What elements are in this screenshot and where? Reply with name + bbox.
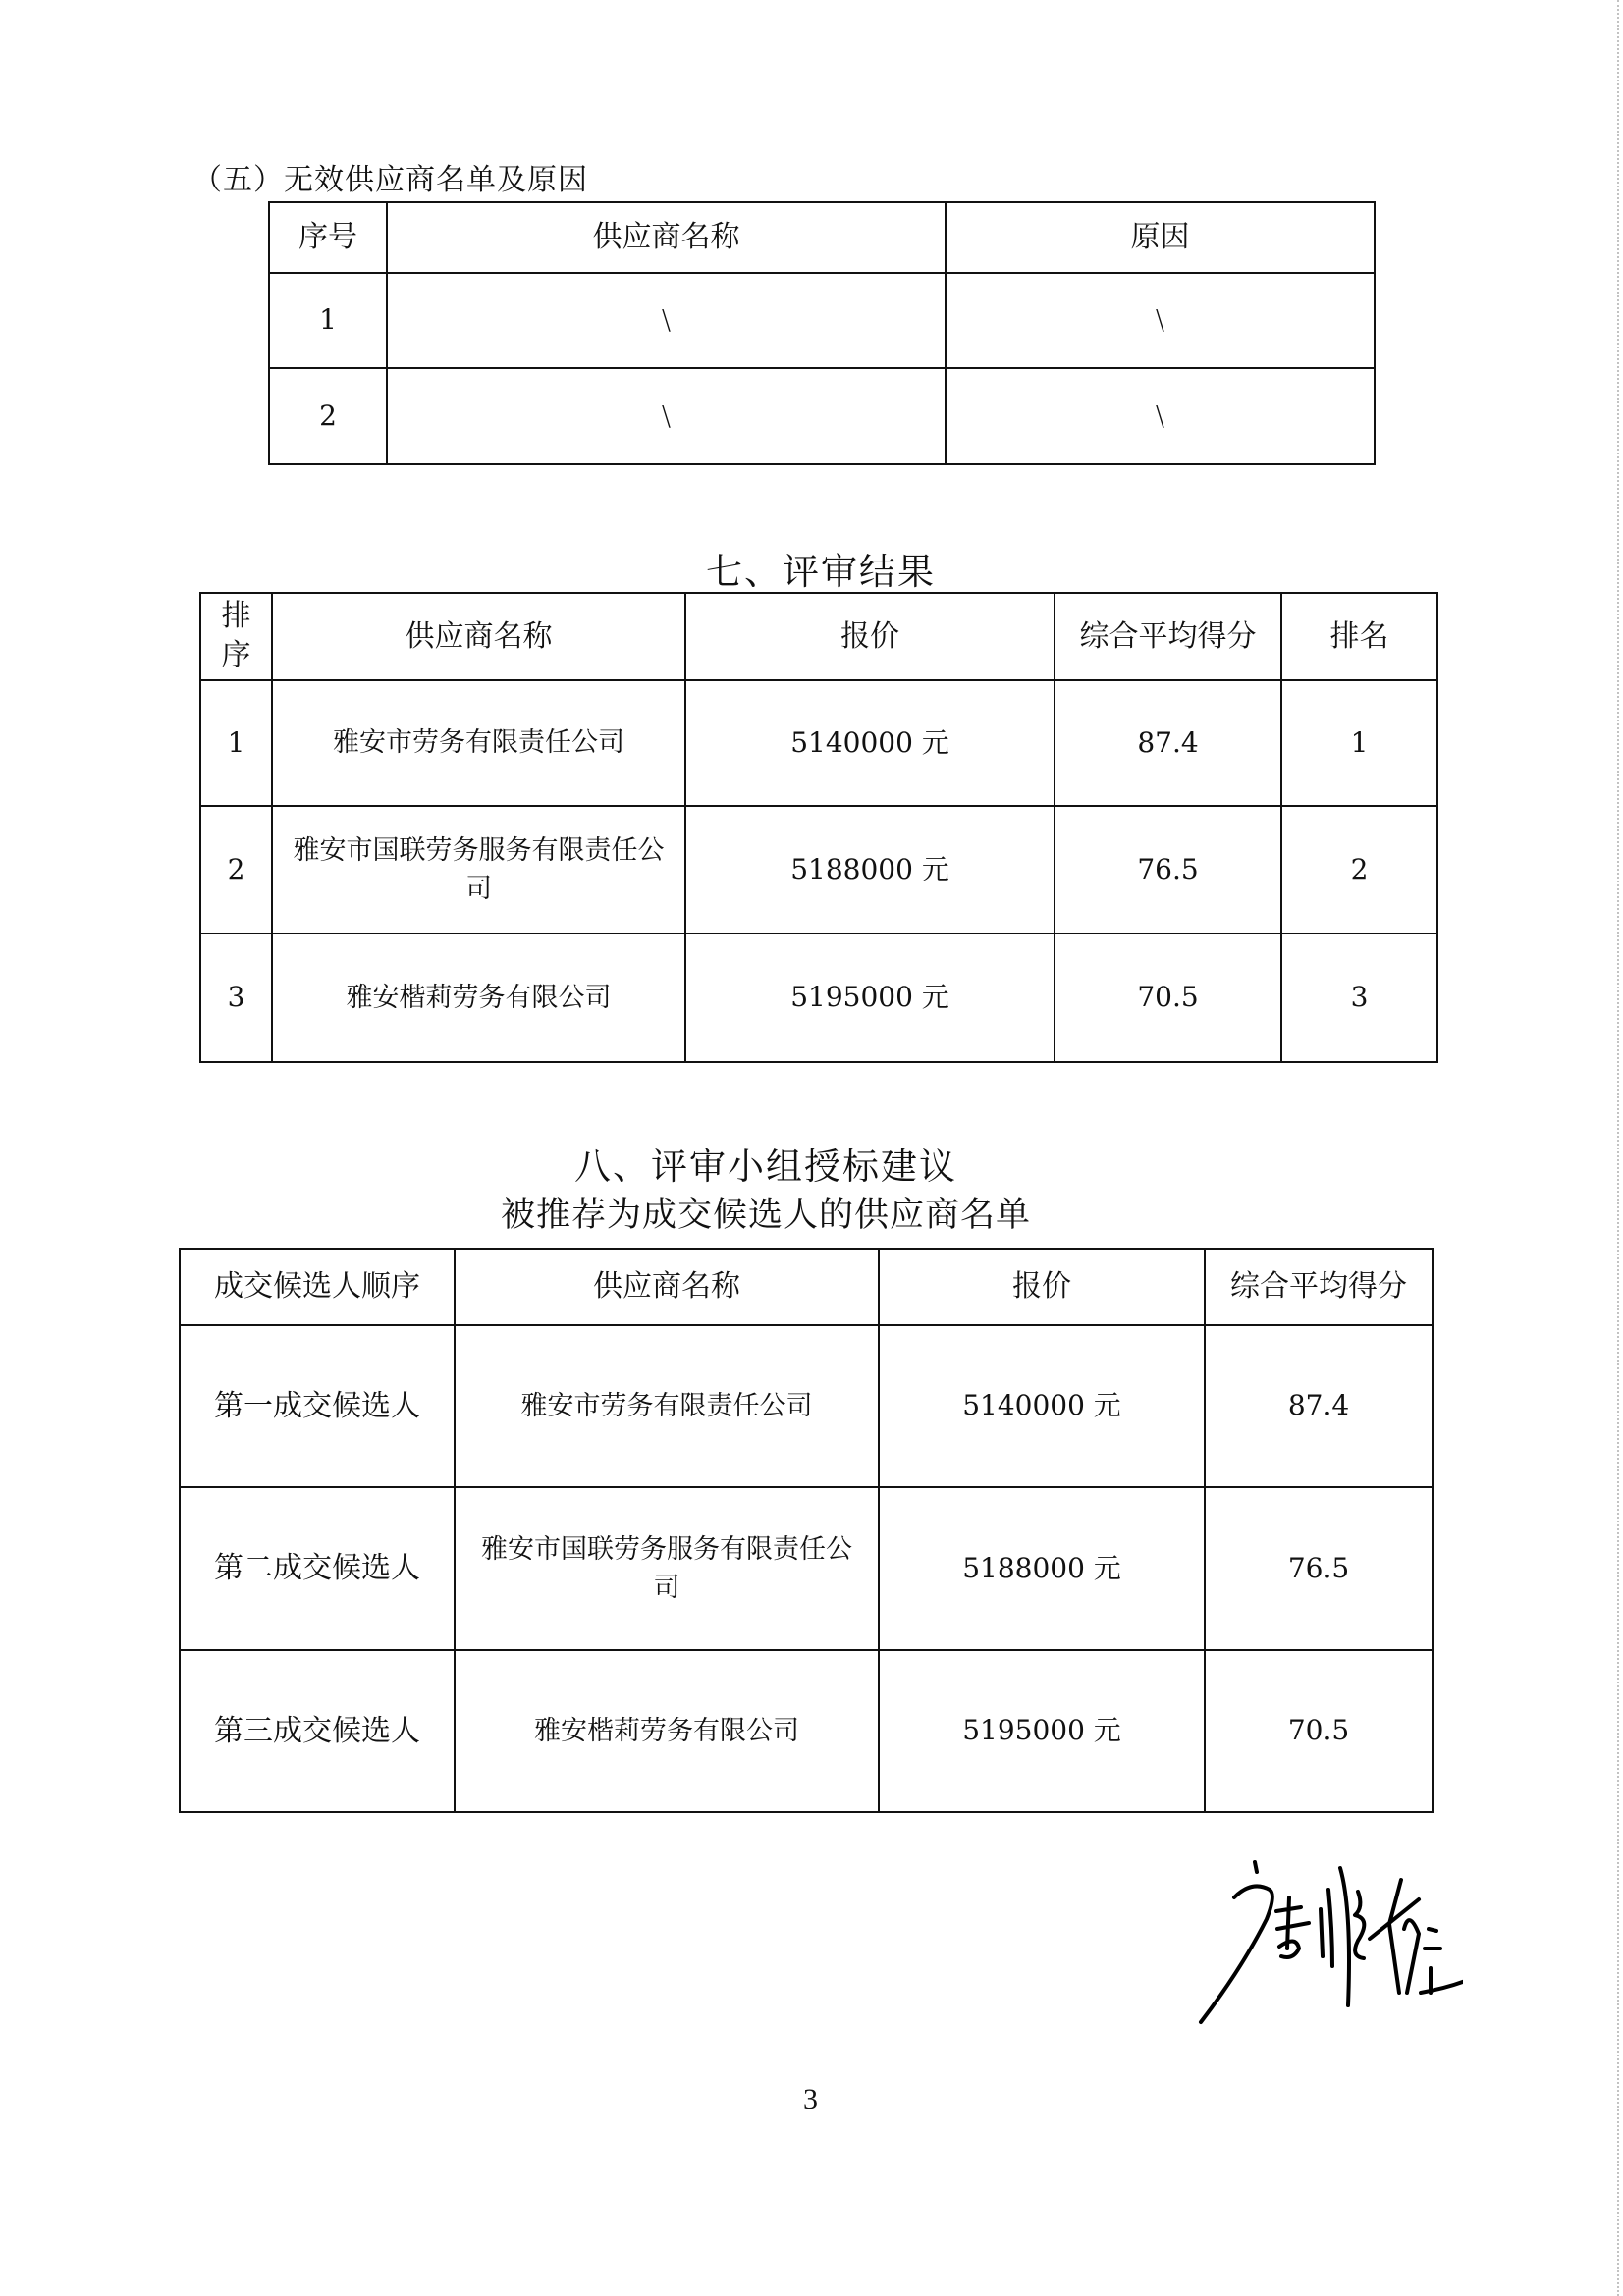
cell-order: 1 xyxy=(200,680,272,806)
cell-position: 第三成交候选人 xyxy=(180,1650,455,1812)
cell-supplier: 雅安楷莉劳务有限公司 xyxy=(272,934,685,1062)
cell-no: 2 xyxy=(269,368,387,464)
cell-price: 5195000 元 xyxy=(879,1650,1205,1812)
table-row: 第一成交候选人 雅安市劳务有限责任公司 5140000 元 87.4 xyxy=(180,1325,1433,1487)
cell-price: 5188000 元 xyxy=(685,806,1055,934)
table-row: 第三成交候选人 雅安楷莉劳务有限公司 5195000 元 70.5 xyxy=(180,1650,1433,1812)
cell-price: 5188000 元 xyxy=(879,1487,1205,1650)
cell-rank: 3 xyxy=(1281,934,1437,1062)
invalid-suppliers-table: 序号 供应商名称 原因 1 \ \ 2 \ \ xyxy=(268,201,1376,465)
col-header-score: 综合平均得分 xyxy=(1055,593,1281,680)
cell-score: 76.5 xyxy=(1205,1487,1433,1650)
cell-supplier: 雅安市劳务有限责任公司 xyxy=(272,680,685,806)
signature-icon xyxy=(1183,1850,1463,2027)
section5-heading: （五）无效供应商名单及原因 xyxy=(192,155,588,198)
cell-position: 第二成交候选人 xyxy=(180,1487,455,1650)
col-header-no: 序号 xyxy=(269,202,387,273)
col-header-position: 成交候选人顺序 xyxy=(180,1249,455,1325)
cell-reason: \ xyxy=(946,368,1375,464)
cell-price: 5140000 元 xyxy=(685,680,1055,806)
table-header-row: 排序 供应商名称 报价 综合平均得分 排名 xyxy=(200,593,1437,680)
table-header-row: 序号 供应商名称 原因 xyxy=(269,202,1375,273)
col-header-supplier: 供应商名称 xyxy=(387,202,946,273)
col-header-price: 报价 xyxy=(685,593,1055,680)
cell-order: 3 xyxy=(200,934,272,1062)
section7-title: 七、评审结果 xyxy=(615,542,1027,595)
signature xyxy=(1183,1850,1463,2027)
cell-supplier: \ xyxy=(387,273,946,368)
table-row: 2 雅安市国联劳务服务有限责任公司 5188000 元 76.5 2 xyxy=(200,806,1437,934)
table-row: 3 雅安楷莉劳务有限公司 5195000 元 70.5 3 xyxy=(200,934,1437,1062)
table-row: 第二成交候选人 雅安市国联劳务服务有限责任公司 5188000 元 76.5 xyxy=(180,1487,1433,1650)
cell-supplier: 雅安市国联劳务服务有限责任公司 xyxy=(455,1487,879,1650)
table-row: 1 \ \ xyxy=(269,273,1375,368)
cell-score: 87.4 xyxy=(1055,680,1281,806)
col-header-reason: 原因 xyxy=(946,202,1375,273)
cell-no: 1 xyxy=(269,273,387,368)
cell-supplier: 雅安楷莉劳务有限公司 xyxy=(455,1650,879,1812)
cell-score: 87.4 xyxy=(1205,1325,1433,1487)
cell-price: 5140000 元 xyxy=(879,1325,1205,1487)
cell-supplier: 雅安市劳务有限责任公司 xyxy=(455,1325,879,1487)
table-row: 2 \ \ xyxy=(269,368,1375,464)
evaluation-results-table: 排序 供应商名称 报价 综合平均得分 排名 1 雅安市劳务有限责任公司 5140… xyxy=(199,592,1438,1063)
col-header-price: 报价 xyxy=(879,1249,1205,1325)
page-number: 3 xyxy=(803,2083,818,2116)
col-header-order-label: 排序 xyxy=(220,597,252,676)
cell-position: 第一成交候选人 xyxy=(180,1325,455,1487)
table-header-row: 成交候选人顺序 供应商名称 报价 综合平均得分 xyxy=(180,1249,1433,1325)
cell-order: 2 xyxy=(200,806,272,934)
cell-supplier: \ xyxy=(387,368,946,464)
section8-title: 八、评审小组授标建议 xyxy=(569,1137,962,1190)
cell-score: 76.5 xyxy=(1055,806,1281,934)
recommended-candidates-table: 成交候选人顺序 供应商名称 报价 综合平均得分 第一成交候选人 雅安市劳务有限责… xyxy=(179,1248,1434,1813)
cell-supplier: 雅安市国联劳务服务有限责任公司 xyxy=(272,806,685,934)
col-header-score: 综合平均得分 xyxy=(1205,1249,1433,1325)
col-header-rank: 排名 xyxy=(1281,593,1437,680)
cell-score: 70.5 xyxy=(1205,1650,1433,1812)
table-row: 1 雅安市劳务有限责任公司 5140000 元 87.4 1 xyxy=(200,680,1437,806)
col-header-supplier: 供应商名称 xyxy=(455,1249,879,1325)
col-header-order: 排序 xyxy=(200,593,272,680)
cell-rank: 2 xyxy=(1281,806,1437,934)
cell-reason: \ xyxy=(946,273,1375,368)
section8-subtitle: 被推荐为成交候选人的供应商名单 xyxy=(491,1188,1041,1237)
cell-score: 70.5 xyxy=(1055,934,1281,1062)
scan-edge-artifact xyxy=(1617,0,1619,2296)
cell-price: 5195000 元 xyxy=(685,934,1055,1062)
col-header-supplier: 供应商名称 xyxy=(272,593,685,680)
cell-rank: 1 xyxy=(1281,680,1437,806)
